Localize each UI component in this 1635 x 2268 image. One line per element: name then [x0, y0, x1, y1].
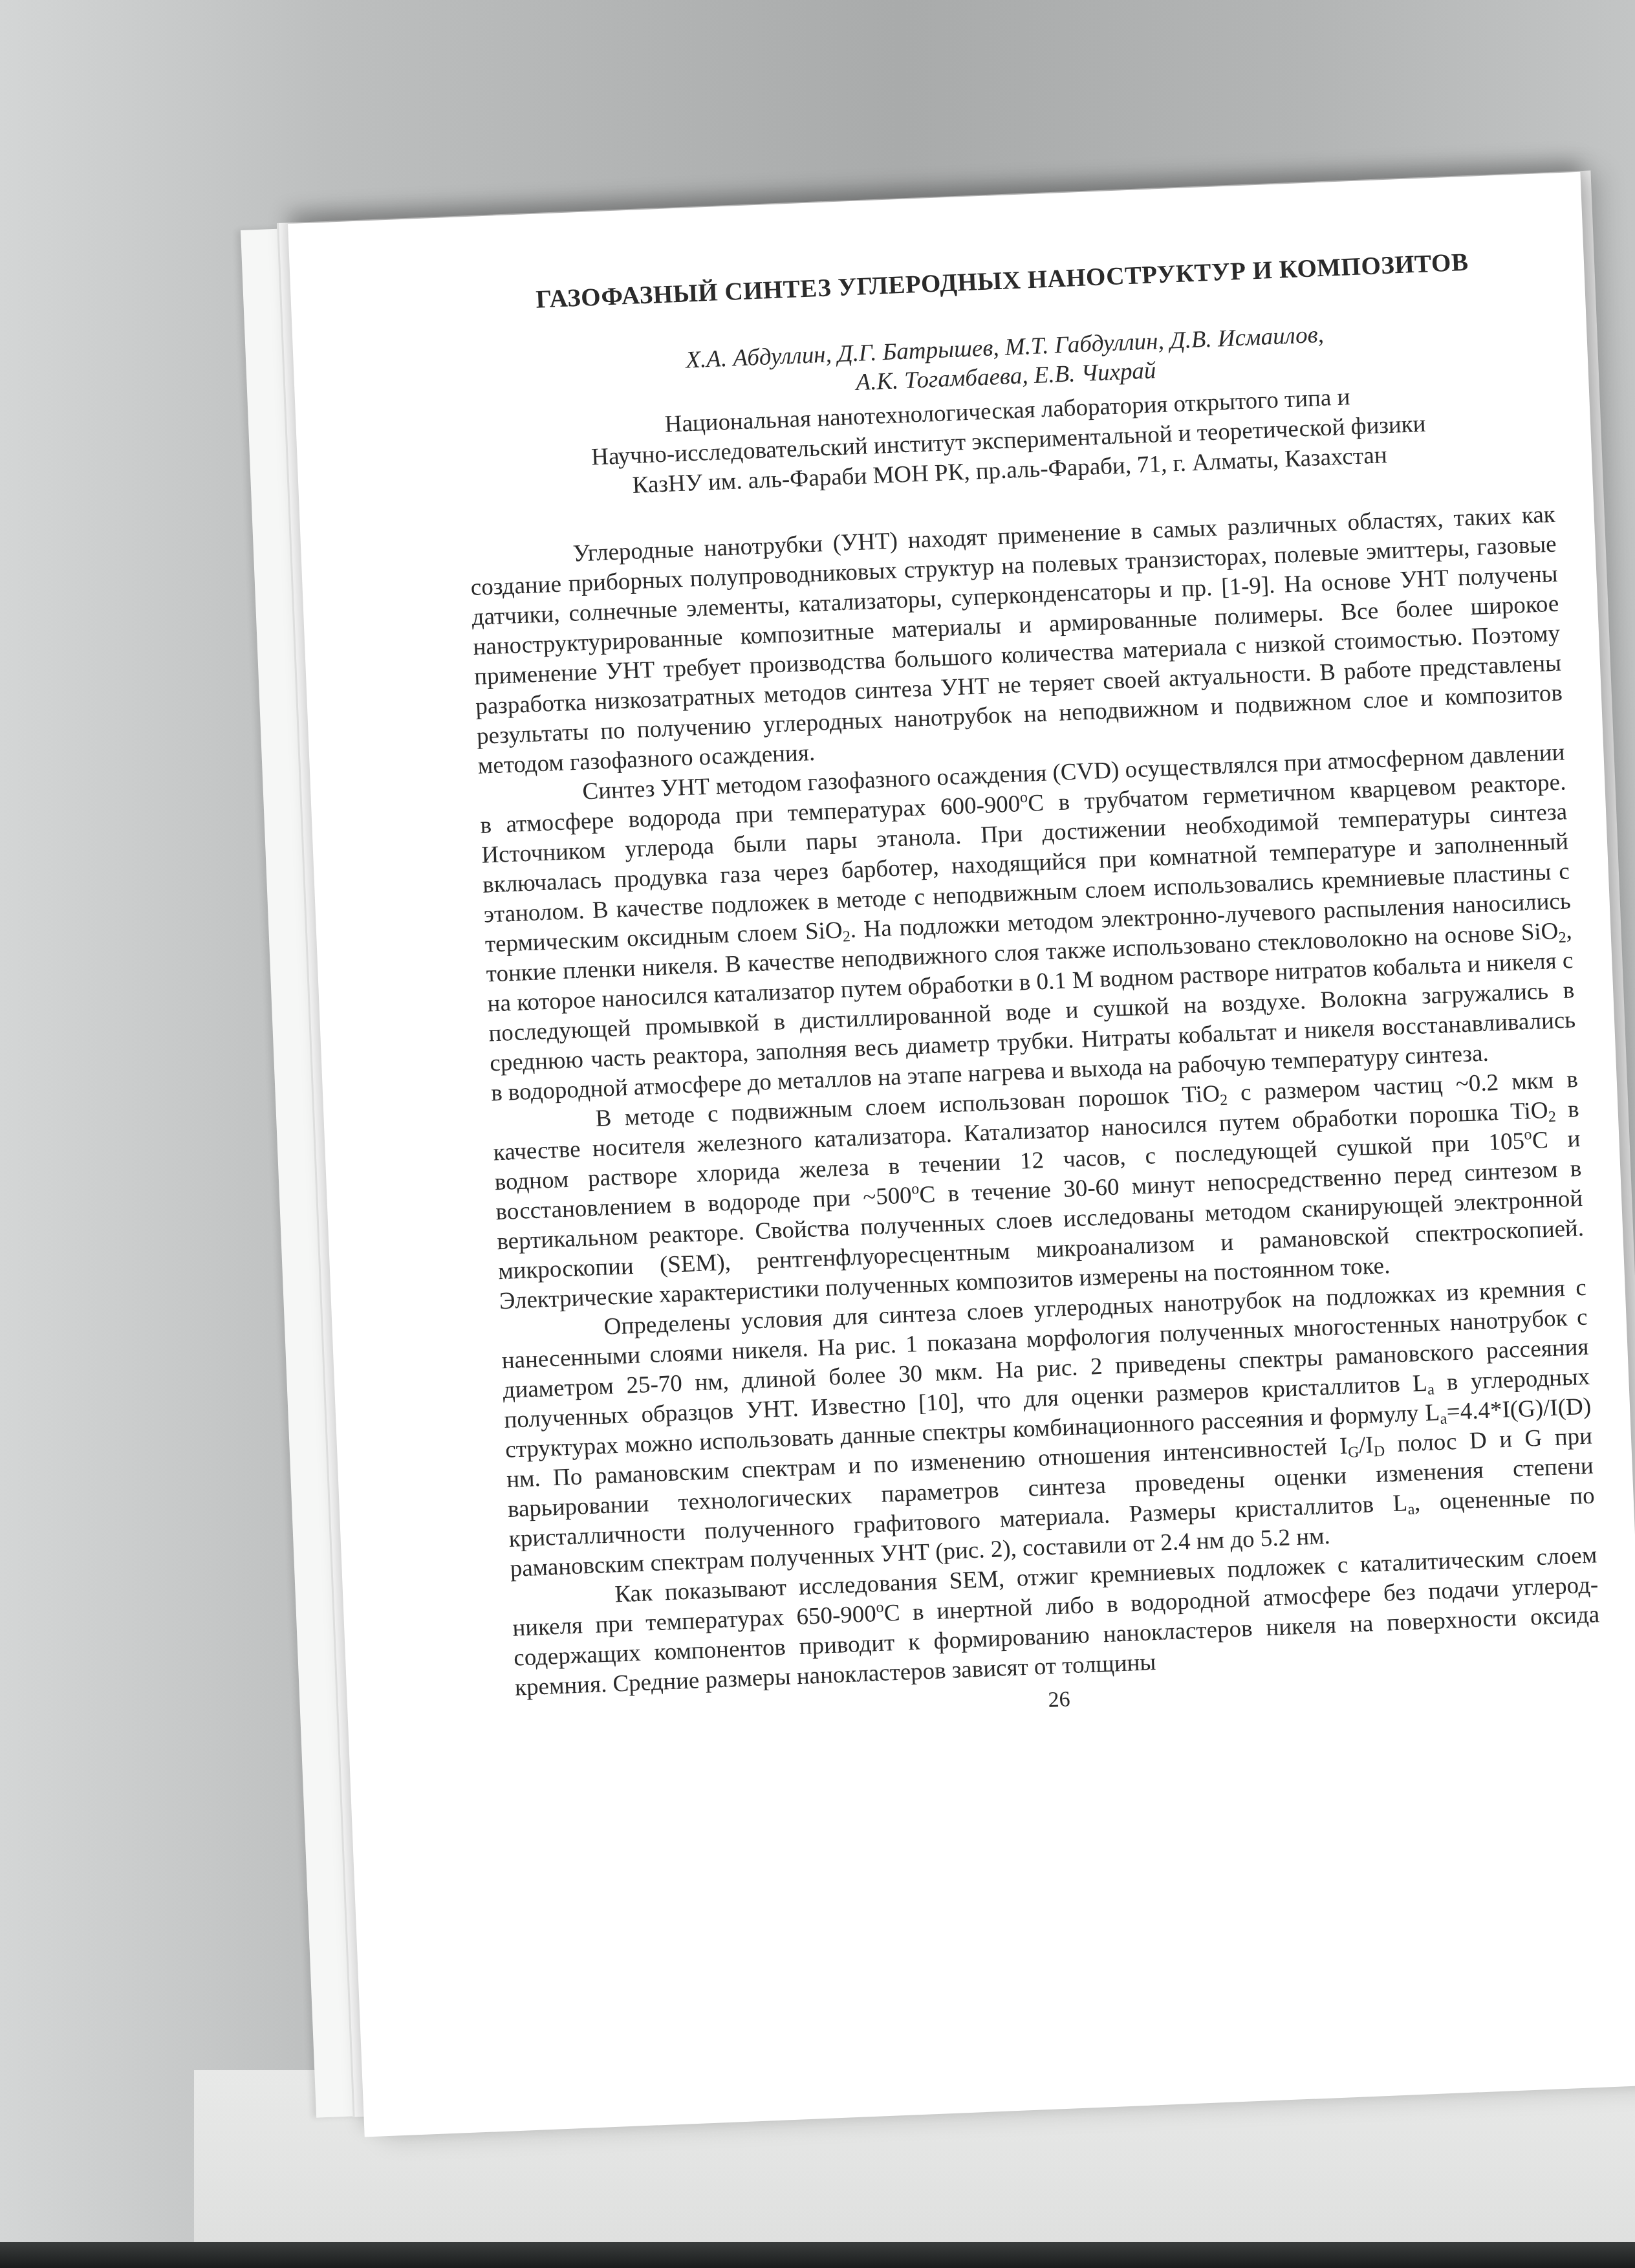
superscript: o — [876, 1599, 884, 1616]
subscript: G — [1348, 1444, 1359, 1461]
subscript: 2 — [1558, 930, 1566, 946]
subscript: D — [1374, 1443, 1385, 1460]
paragraph: Углеродные нанотрубки (УНТ) находят прим… — [469, 500, 1564, 781]
paragraph: Синтез УНТ методом газофазного осаждения… — [479, 737, 1577, 1108]
subscript: 2 — [842, 928, 850, 945]
paragraph: В методе с подвижным слоем использован п… — [492, 1065, 1586, 1316]
paragraph: Определены условия для синтеза слоев угл… — [500, 1273, 1596, 1584]
subscript: a — [1427, 1381, 1435, 1398]
subscript: a — [1407, 1501, 1415, 1518]
scanner-bottom-edge — [0, 2242, 1635, 2268]
subscript: 2 — [1548, 1108, 1556, 1125]
page-content: ГАЗОФАЗНЫЙ СИНТЕЗ УГЛЕРОДНЫХ НАНОСТРУКТУ… — [459, 245, 1602, 1734]
superscript: o — [1019, 789, 1028, 806]
subscript: a — [1440, 1411, 1447, 1428]
superscript: o — [1524, 1126, 1532, 1143]
superscript: o — [911, 1181, 920, 1197]
subscript: 2 — [1220, 1092, 1228, 1109]
paper-title: ГАЗОФАЗНЫЙ СИНТЕЗ УГЛЕРОДНЫХ НАНОСТРУКТУ… — [459, 245, 1545, 317]
document-page: ГАЗОФАЗНЫЙ СИНТЕЗ УГЛЕРОДНЫХ НАНОСТРУКТУ… — [288, 172, 1635, 2137]
body-text: Углеродные нанотрубки (УНТ) находят прим… — [469, 500, 1601, 1703]
